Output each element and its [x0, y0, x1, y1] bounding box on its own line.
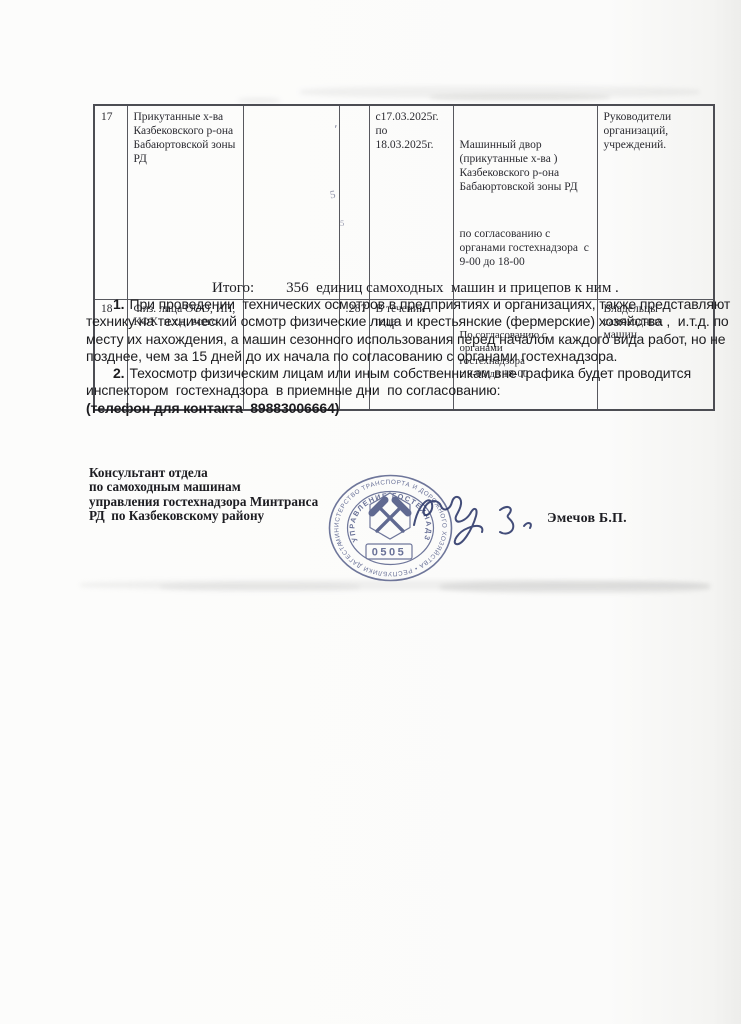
signer-title-line: управления гостехнадзора Минтранса	[89, 495, 318, 509]
scan-smudge	[238, 98, 280, 103]
paragraph-1-line: месту их нахождения, а машин сезонного и…	[86, 331, 726, 348]
total-value: 356 единиц самоходных машин и прицепов к…	[286, 280, 619, 296]
scan-smudge	[160, 583, 360, 591]
signer-title-line: Консультант отдела	[89, 466, 318, 480]
signer-name: Эмечов Б.П.	[547, 511, 627, 527]
paragraph-2-line: 2.Техосмотр физическим лицам или иным со…	[86, 365, 726, 382]
signer-title-line: по самоходным машинам	[89, 480, 318, 494]
scan-smudge	[440, 581, 710, 593]
row-number-cell: 17	[94, 105, 127, 300]
paragraph-1-line: 1.При проведении технических осмотров в …	[86, 296, 726, 313]
paragraph-1-line: позднее, чем за 15 дней до их начала по …	[86, 348, 726, 365]
scan-smudge	[430, 94, 610, 101]
paragraph-1-number: 1.	[113, 296, 124, 312]
signer-title-block: Консультант отдела по самоходным машинам…	[89, 466, 318, 524]
paragraph-2-line: инспектором гостехнадзора в приемные дни…	[86, 382, 726, 399]
scanned-page: 17 Прикутанные х-ва Казбековского р-она …	[0, 0, 741, 1024]
stamp-number: 0505	[372, 547, 406, 559]
contact-phone-line: (телефон для контакта 89883006664)	[86, 400, 726, 417]
scan-smudge	[300, 86, 700, 98]
body-text: 1.При проведении технических осмотров в …	[86, 296, 726, 417]
handwritten-signature	[408, 489, 558, 555]
paragraph-1-line: технику на технический осмотр физические…	[86, 313, 726, 330]
signer-title-line: РД по Казбековскому району	[89, 509, 318, 523]
crossed-hammers-icon	[372, 500, 408, 531]
total-label: Итого:	[212, 280, 254, 296]
paragraph-2-number: 2.	[113, 365, 124, 381]
